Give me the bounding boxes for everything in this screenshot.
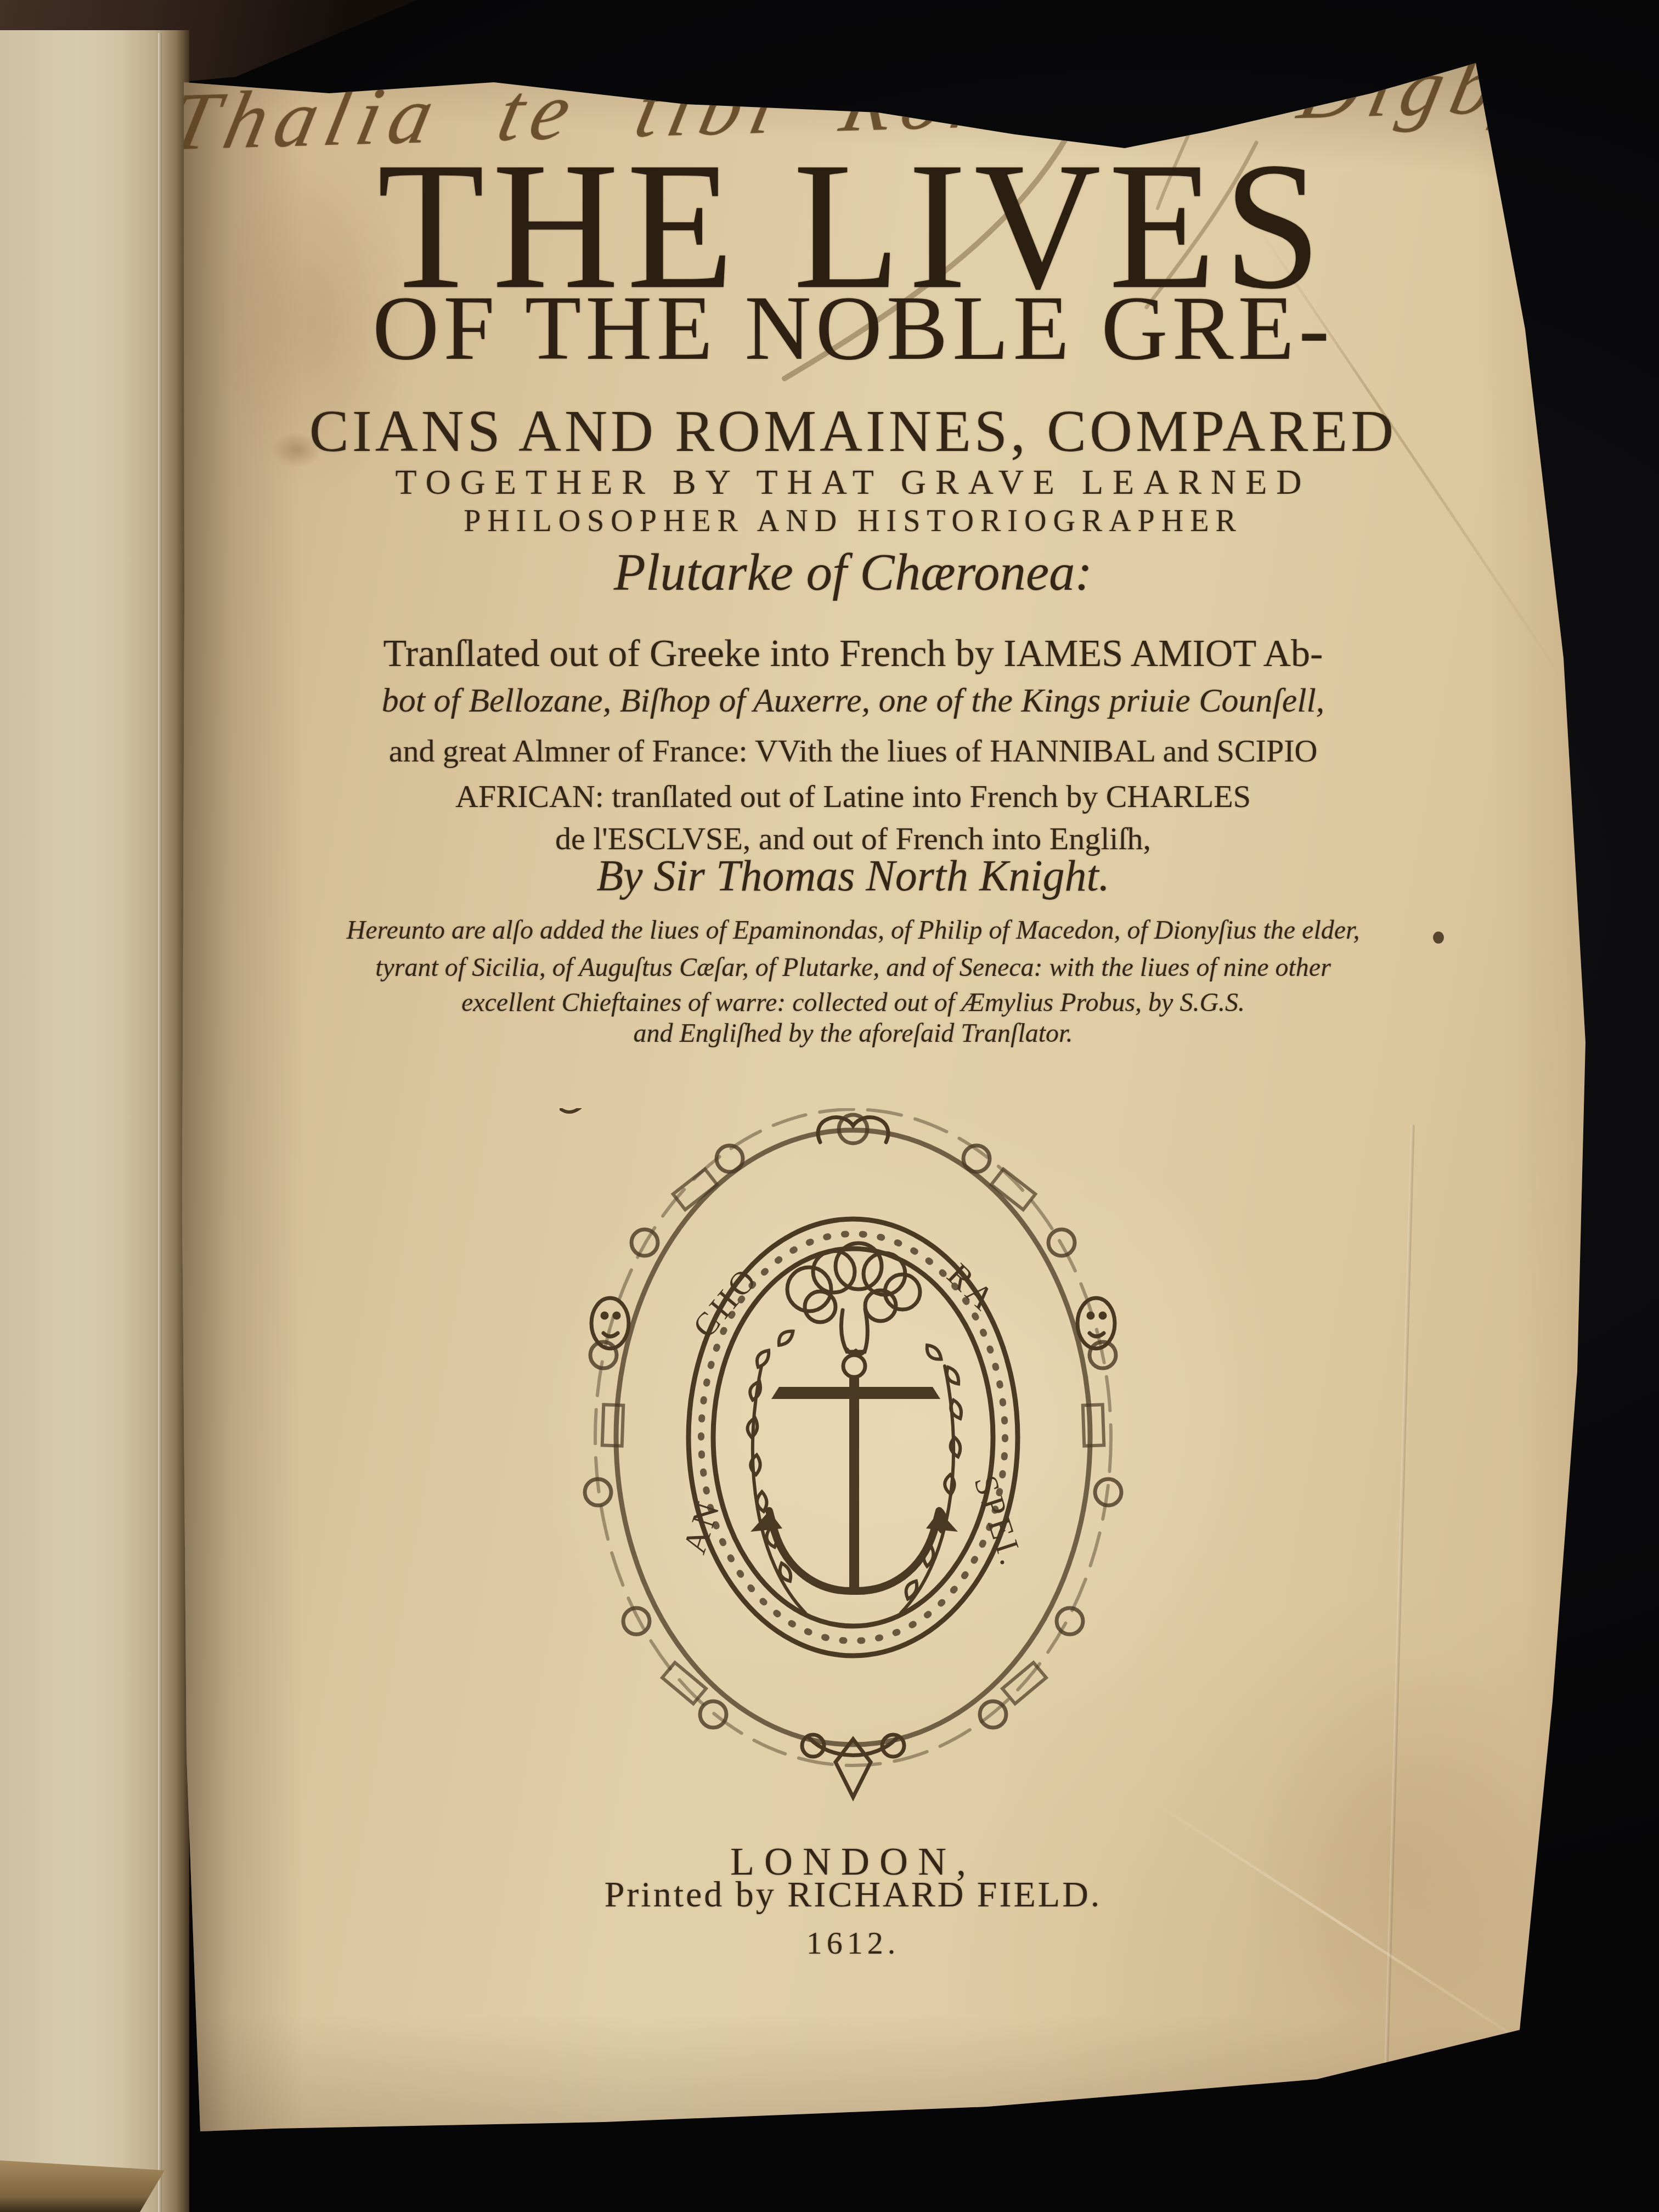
motto-ra: RA	[940, 1256, 1004, 1319]
addendum-line-2: tyrant of Sicilia, of Auguſtus Cæſar, of…	[176, 952, 1531, 983]
title-line-3: CIANS AND ROMAINES, COMPARED	[176, 398, 1531, 466]
laurel-branch-icon	[560, 1108, 964, 1613]
addendum-line-3: excellent Chieftaines of warre: collecte…	[176, 988, 1531, 1018]
author-line: Plutarke of Chæronea:	[176, 542, 1531, 602]
cloud-icon	[787, 1243, 920, 1322]
vertical-paper-crease	[1381, 1125, 1414, 2166]
imprint-printer: Printed by RICHARD FIELD.	[176, 1874, 1531, 1916]
hand-icon	[841, 1309, 867, 1354]
printer-device-emblem: AN CHO RA SPEI.	[560, 1108, 1147, 1816]
right-mask-icon	[1077, 1298, 1115, 1348]
vellum-fold-crease	[158, 33, 162, 2212]
title-line-2: OF THE NOBLE GRE-	[176, 275, 1531, 381]
title-line-4: TOGETHER BY THAT GRAVE LEARNED	[176, 462, 1531, 503]
translation-line-1: Tranſlated out of Greeke into French by …	[176, 632, 1531, 676]
anchor-icon	[751, 1355, 958, 1592]
photo-black-background: Thalia te tibi Rome me Digby THE LIVES O…	[0, 0, 1659, 2212]
addendum-line-1: Hereunto are alſo added the liues of Epa…	[176, 915, 1531, 945]
translator-line: By Sir Thomas North Knight.	[176, 851, 1531, 901]
title-page: Thalia te tibi Rome me Digby THE LIVES O…	[176, 55, 1602, 2140]
title-line-5: PHILOSOPHER AND HISTORIOGRAPHER	[176, 504, 1531, 539]
translation-line-4: AFRICAN: tranſlated out of Latine into F…	[176, 778, 1531, 815]
addendum-line-4: and Engliſhed by the aforeſaid Tranſlato…	[176, 1018, 1531, 1048]
imprint-year: 1612.	[176, 1925, 1531, 1961]
motto-an: AN	[676, 1494, 727, 1558]
translation-line-2: bot of Bellozane, Biſhop of Auxerre, one…	[176, 681, 1531, 720]
translation-line-3: and great Almner of France: VVith the li…	[176, 732, 1531, 769]
